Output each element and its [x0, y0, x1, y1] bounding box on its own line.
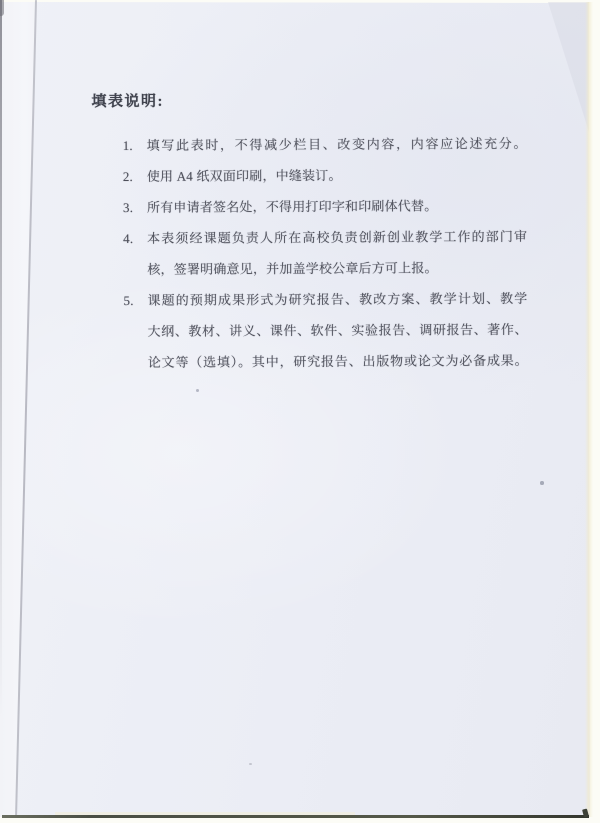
item-number: 4. [123, 223, 147, 254]
item-line: 课题的预期成果形式为研究报告、教改方案、教学计划、教学 [147, 283, 527, 316]
list-item: 3. 所有申请者签名处，不得用打印字和印刷体代替。 [123, 190, 527, 223]
item-text: 课题的预期成果形式为研究报告、教改方案、教学计划、教学 大纲、教材、讲义、课件、… [147, 283, 527, 378]
scanned-document-page: 填表说明: 1. 填写此表时，不得减少栏目、改变内容，内容应论述充分。 2. 使… [0, 0, 600, 823]
item-number: 2. [123, 161, 147, 192]
item-line: 论文等（选填）。其中，研究报告、出版物或论文为必备成果。 [148, 345, 528, 378]
item-text: 使用 A4 纸双面印刷，中缝装订。 [147, 159, 527, 192]
document-heading: 填表说明: [91, 90, 164, 111]
item-line: 填写此表时，不得减少栏目、改变内容，内容应论述充分。 [147, 128, 527, 161]
item-line: 大纲、教材、讲义、课件、软件、实验报告、调研报告、著作、 [148, 314, 528, 347]
instruction-list: 1. 填写此表时，不得减少栏目、改变内容，内容应论述充分。 2. 使用 A4 纸… [123, 128, 528, 378]
item-line: 使用 A4 纸双面印刷，中缝装订。 [147, 159, 527, 192]
list-item: 1. 填写此表时，不得减少栏目、改变内容，内容应论述充分。 [123, 128, 527, 161]
list-item: 2. 使用 A4 纸双面印刷，中缝装订。 [123, 159, 527, 192]
document-text-layer: 填表说明: 1. 填写此表时，不得减少栏目、改变内容，内容应论述充分。 2. 使… [0, 0, 600, 823]
item-text: 本表须经课题负责人所在高校负责创新创业教学工作的部门审 核，签署明确意见，并加盖… [147, 221, 527, 285]
item-number: 5. [123, 285, 147, 316]
item-line: 核，签署明确意见，并加盖学校公章后方可上报。 [147, 252, 527, 285]
item-number: 3. [123, 192, 147, 223]
list-item: 4. 本表须经课题负责人所在高校负责创新创业教学工作的部门审 核，签署明确意见，… [123, 221, 527, 285]
item-line: 本表须经课题负责人所在高校负责创新创业教学工作的部门审 [147, 221, 527, 254]
item-text: 所有申请者签名处，不得用打印字和印刷体代替。 [147, 190, 527, 223]
item-line: 所有申请者签名处，不得用打印字和印刷体代替。 [147, 190, 527, 223]
item-number: 1. [123, 130, 147, 161]
list-item: 5. 课题的预期成果形式为研究报告、教改方案、教学计划、教学 大纲、教材、讲义、… [123, 283, 527, 378]
item-text: 填写此表时，不得减少栏目、改变内容，内容应论述充分。 [147, 128, 527, 161]
